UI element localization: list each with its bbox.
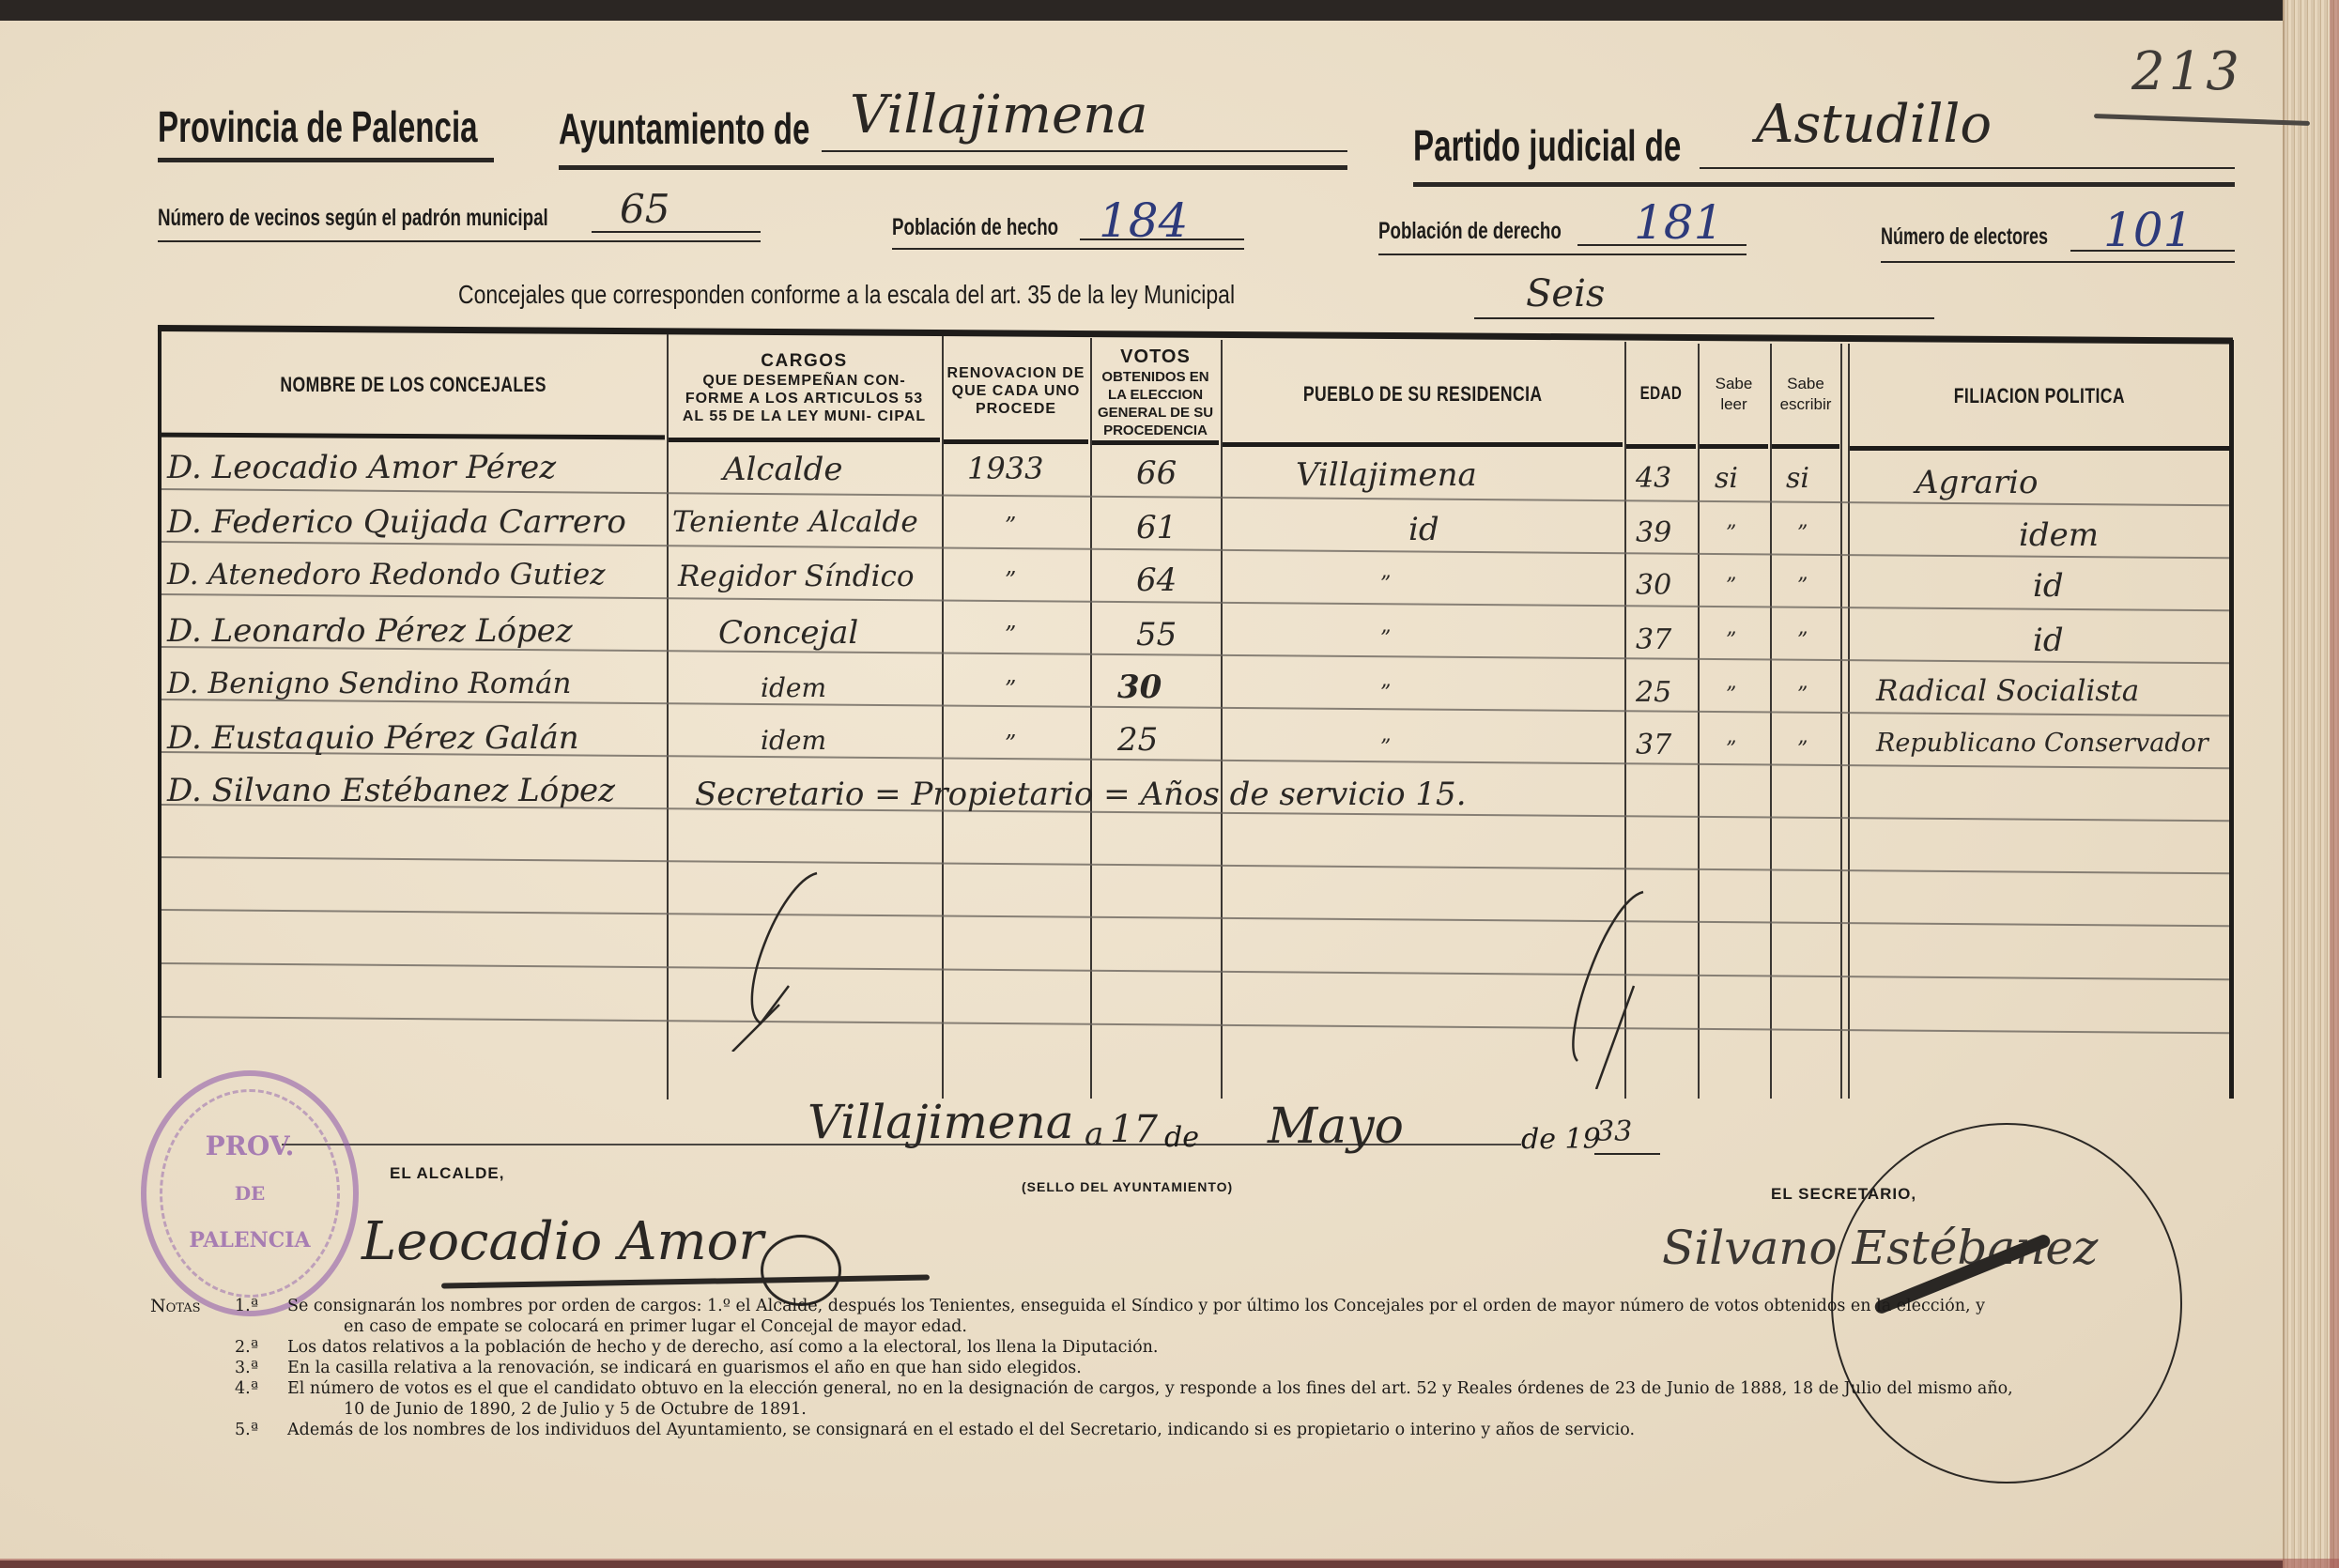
concejales-escala-value: Seis (1526, 272, 1605, 315)
header-pueblo: PUEBLO DE SU RESIDENCIA (1223, 347, 1623, 441)
col-divider (1221, 340, 1223, 1099)
month-value: Mayo (1268, 1099, 1404, 1155)
provincia-title: Provincia de Palencia (158, 101, 602, 152)
vecinos-field-line (592, 231, 761, 233)
derecho-underline (1378, 254, 1747, 255)
header-bottom-rule (1850, 446, 2229, 451)
derecho-field-line (1577, 244, 1747, 246)
derecho-label: Población de derecho (1378, 218, 1623, 245)
partido-value: Astudillo (1756, 94, 1992, 155)
header-bottom-rule (1223, 442, 1623, 447)
alcalde-signature: Leocadio Amor (362, 1211, 763, 1272)
hecho-underline (892, 248, 1244, 250)
vecinos-underline (158, 240, 761, 242)
note-item: 4.ª El número de votos es el que el cand… (150, 1378, 2254, 1399)
table-left-border (158, 327, 162, 1078)
cancel-stroke-mark (1502, 883, 1690, 1089)
notes-label: Notas (150, 1296, 235, 1316)
header-nombre: NOMBRE DE LOS CONCEJALES (162, 338, 665, 432)
year-prefix: de 19 (1521, 1123, 1601, 1156)
header-filiacion: FILIACION POLITICA (1850, 349, 2229, 443)
electores-underline (1881, 261, 2235, 263)
concejales-escala-label: Concejales que corresponden conforme a l… (458, 280, 1406, 310)
col-divider (1840, 344, 1842, 1099)
year-underline (1594, 1153, 1660, 1155)
book-page-edges (2283, 0, 2339, 1568)
header-votos: VOTOS OBTENIDOS EN LA ELECCION GENERAL D… (1092, 346, 1219, 439)
header-bottom-rule (1092, 440, 1219, 445)
note-item: Notas 1.ª Se consignarán los nombres por… (150, 1296, 2254, 1316)
electores-field-line (2070, 250, 2235, 252)
col-divider (1090, 338, 1092, 1099)
notes-section: Notas 1.ª Se consignarán los nombres por… (150, 1296, 2254, 1440)
year-suffix: 33 (1596, 1115, 1632, 1148)
col-divider (1698, 344, 1700, 1099)
ayuntamiento-field-line (822, 150, 1347, 152)
provincia-underline (158, 158, 494, 162)
hecho-label: Población de hecho (892, 214, 1114, 241)
header-cargos: CARGOS QUE DESEMPEÑAN CON- FORME A LOS A… (669, 340, 940, 436)
partido-label: Partido judicial de (1413, 120, 1785, 171)
vecinos-value: 65 (620, 186, 669, 232)
note-item: 3.ª En la casilla relativa a la renovaci… (150, 1358, 2254, 1378)
header-bottom-rule (669, 438, 940, 442)
header-bottom-rule (1772, 444, 1839, 449)
col-divider (942, 336, 944, 1099)
col-divider (667, 334, 669, 1099)
header-bottom-rule (944, 439, 1088, 444)
day-value: 17 (1110, 1108, 1158, 1151)
header-renovacion: RENOVACION DE QUE CADA UNO PROCEDE (944, 346, 1088, 436)
col-divider (1770, 344, 1772, 1099)
header-sabe-leer: Sabe leer (1700, 347, 1768, 441)
alcalde-label: EL ALCALDE, (390, 1164, 504, 1183)
header-edad: EDAD (1626, 347, 1696, 441)
sello-label: (SELLO DEL AYUNTAMIENTO) (1022, 1179, 1233, 1194)
electores-label: Número de electores (1881, 223, 2113, 251)
header-bottom-rule (1626, 444, 1696, 449)
book-bottom-edge (0, 1559, 2339, 1568)
col-divider (1848, 344, 1850, 1099)
cancel-stroke-mark (676, 864, 864, 1052)
date-de-label: de (1164, 1121, 1199, 1154)
partido-field-line (1700, 167, 2235, 169)
ayuntamiento-value: Villajimena (850, 85, 1148, 146)
note-continuation: 10 de Junio de 1890, 2 de Julio y 5 de O… (150, 1399, 2254, 1420)
date-a-label: a (1085, 1115, 1103, 1153)
derecho-value: 181 (1634, 195, 1723, 250)
table-right-border (2229, 340, 2234, 1099)
seal-inner-ring (160, 1089, 340, 1298)
municipal-seal-stamp: PROV. DE PALENCIA (141, 1070, 359, 1316)
note-continuation: en caso de empate se colocará en primer … (150, 1316, 2254, 1337)
folio-number: 213 (2131, 41, 2243, 102)
ayuntamiento-underline (559, 165, 1347, 170)
place-value: Villajimena (808, 1095, 1074, 1149)
note-item: 2.ª Los datos relativos a la población d… (150, 1337, 2254, 1358)
partido-underline (1413, 182, 2235, 187)
header-sabe-escribir: Sabe escribir (1772, 347, 1839, 441)
hecho-field-line (1080, 238, 1244, 240)
concejales-field-line (1474, 317, 1934, 319)
vecinos-label: Número de vecinos según el padrón munici… (158, 205, 678, 232)
header-bottom-rule (1700, 444, 1768, 449)
note-item: 5.ª Además de los nombres de los individ… (150, 1420, 2254, 1440)
